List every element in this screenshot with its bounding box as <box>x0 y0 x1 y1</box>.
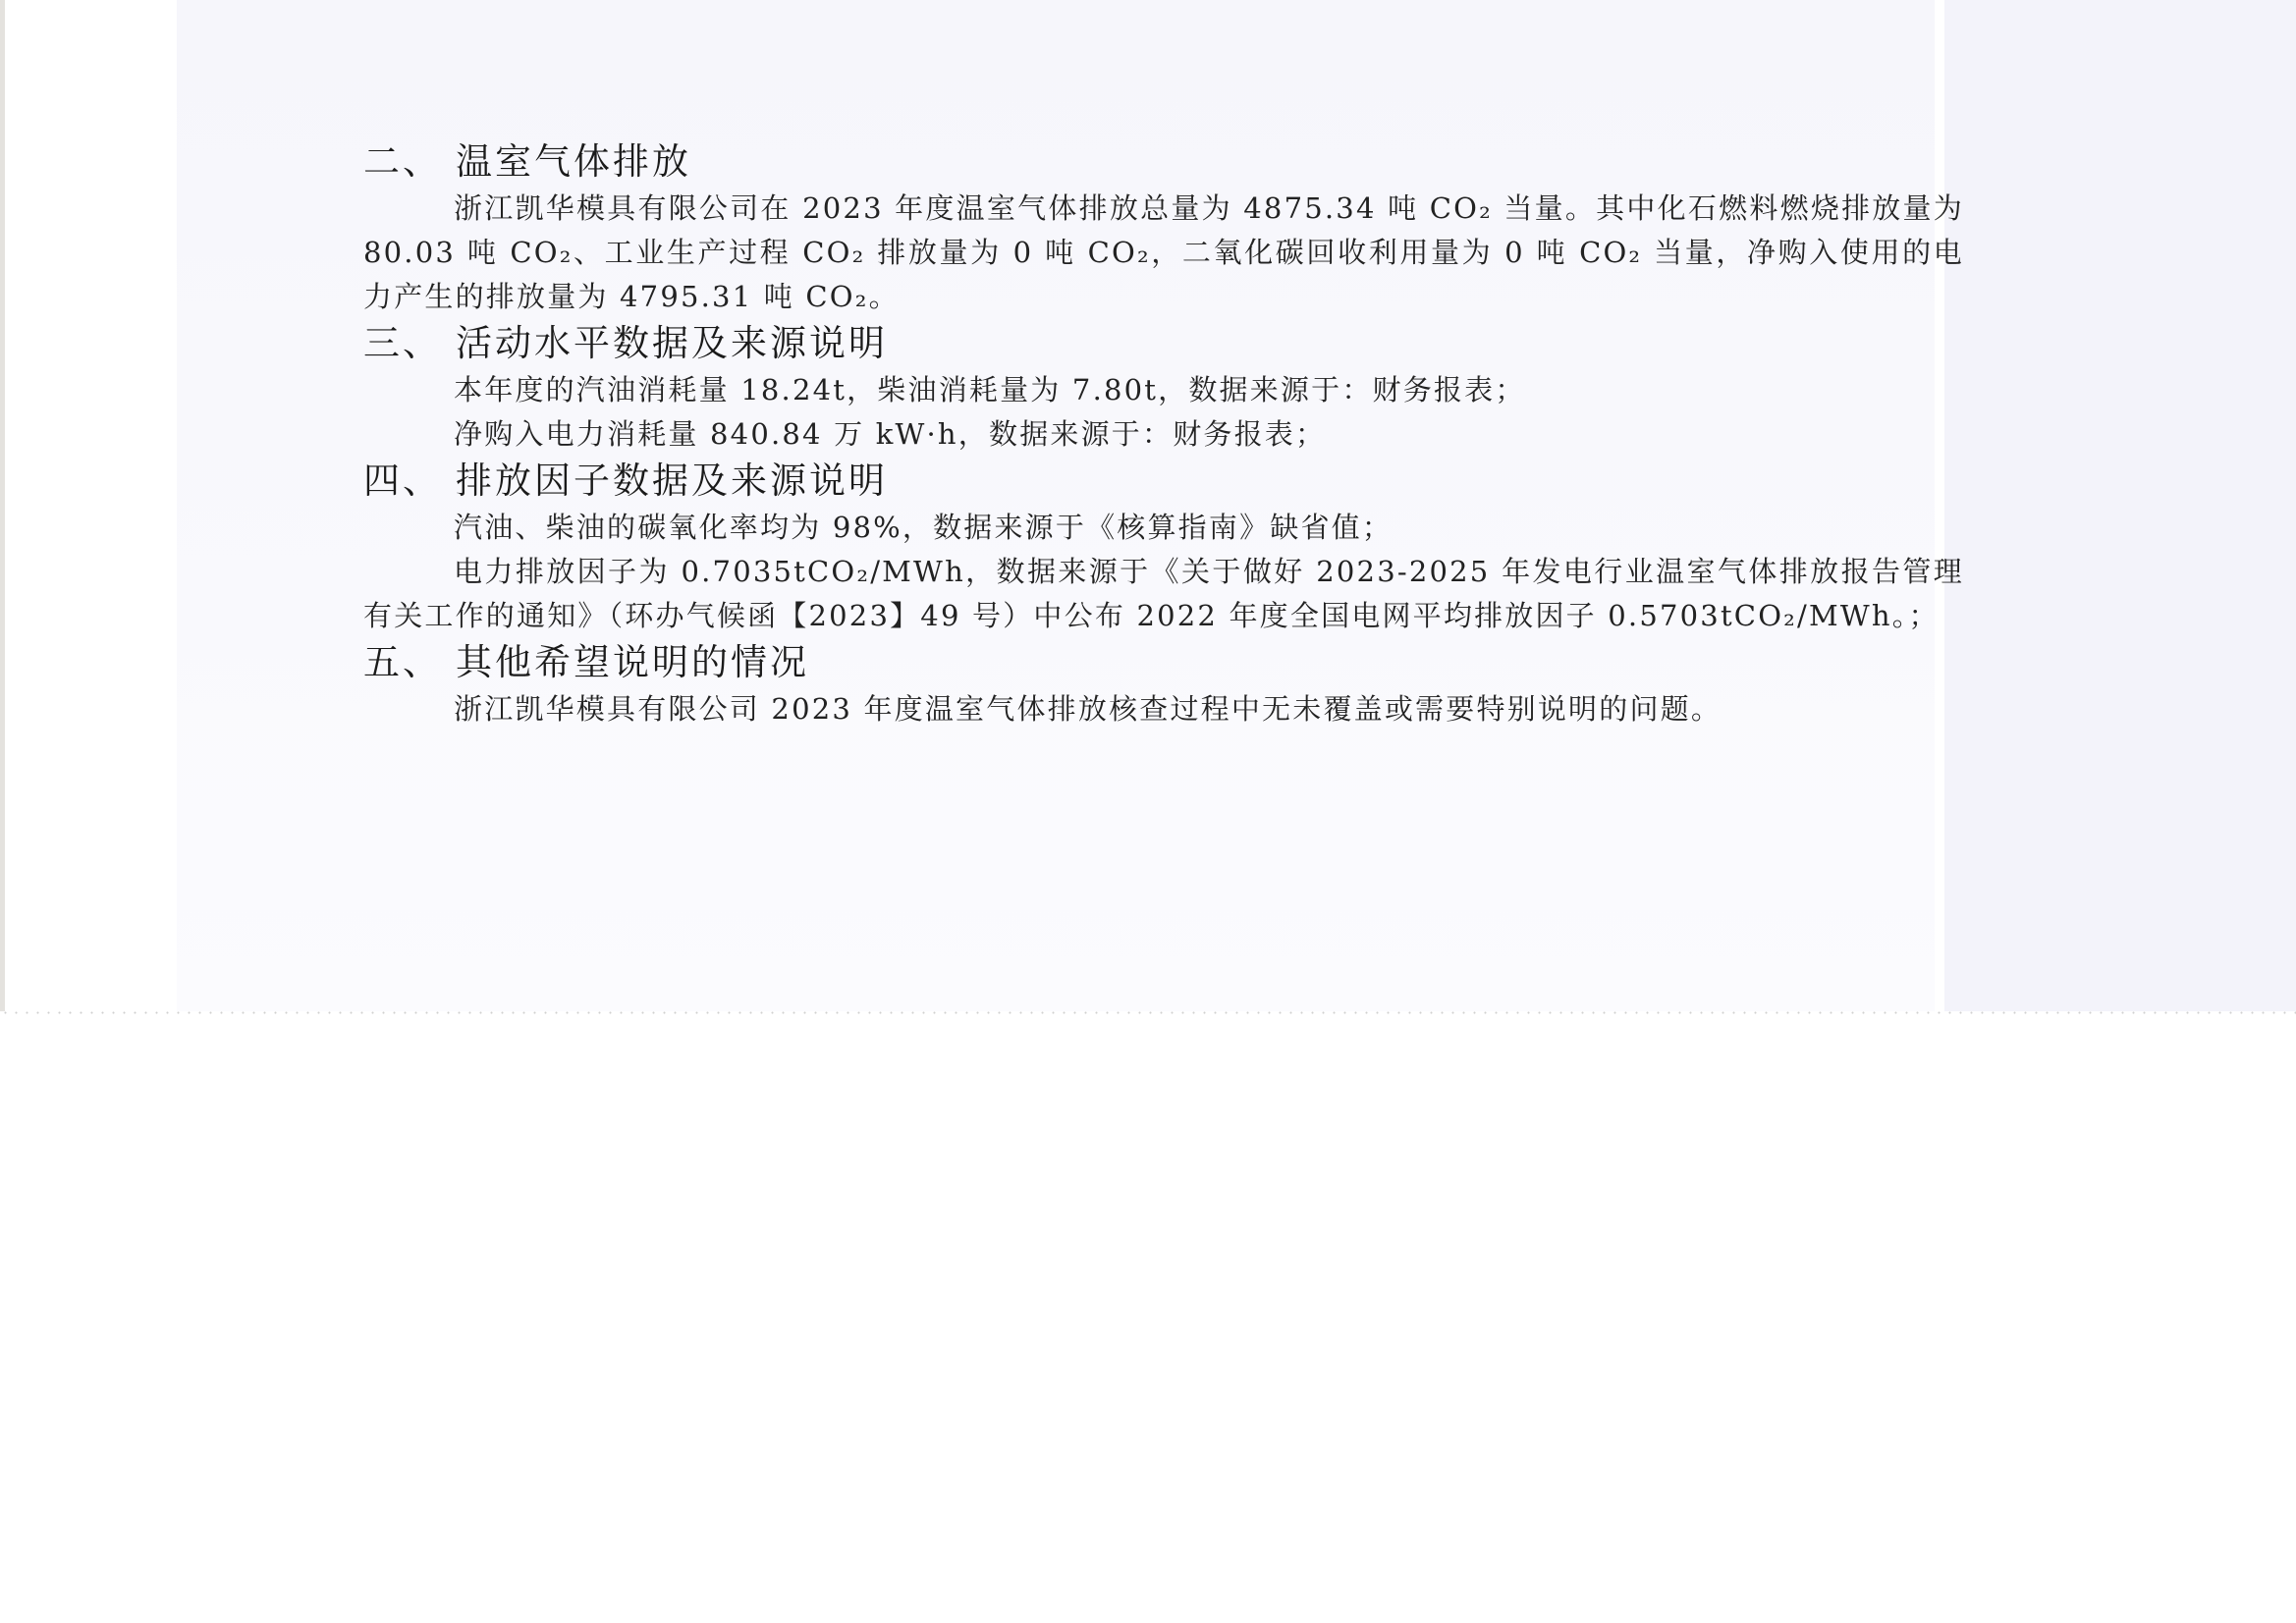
paragraph: 净购入电力消耗量 840.84 万 kW·h，数据来源于：财务报表； <box>363 412 1964 457</box>
section-number: 五、 <box>363 641 442 683</box>
section-emission-factors: 四、排放因子数据及来源说明 汽油、柴油的碳氧化率均为 98%，数据来源于《核算指… <box>363 457 1964 638</box>
section-heading: 四、排放因子数据及来源说明 <box>363 457 1964 506</box>
section-heading: 五、其他希望说明的情况 <box>363 638 1964 687</box>
section-heading: 二、温室气体排放 <box>363 137 1964 187</box>
section-title: 活动水平数据及来源说明 <box>456 322 888 364</box>
section-ghg-emissions: 二、温室气体排放 浙江凯华模具有限公司在 2023 年度温室气体排放总量为 48… <box>363 137 1964 319</box>
section-title: 温室气体排放 <box>456 140 691 183</box>
section-heading: 三、活动水平数据及来源说明 <box>363 319 1964 368</box>
paragraph: 汽油、柴油的碳氧化率均为 98%，数据来源于《核算指南》缺省值； <box>363 506 1964 550</box>
paragraph: 电力排放因子为 0.7035tCO₂/MWh，数据来源于《关于做好 2023-2… <box>363 550 1964 638</box>
section-number: 三、 <box>363 322 442 364</box>
section-number: 四、 <box>363 460 442 502</box>
scan-artifact-line <box>0 1011 2296 1014</box>
section-title: 其他希望说明的情况 <box>456 641 809 683</box>
document-page: 二、温室气体排放 浙江凯华模具有限公司在 2023 年度温室气体排放总量为 48… <box>363 137 1964 731</box>
scan-background-right <box>1944 0 2296 1011</box>
blank-page-area <box>0 1015 2296 1623</box>
section-other-notes: 五、其他希望说明的情况 浙江凯华模具有限公司 2023 年度温室气体排放核查过程… <box>363 638 1964 731</box>
paragraph: 本年度的汽油消耗量 18.24t，柴油消耗量为 7.80t，数据来源于：财务报表… <box>363 368 1964 412</box>
paragraph: 浙江凯华模具有限公司在 2023 年度温室气体排放总量为 4875.34 吨 C… <box>363 187 1964 319</box>
section-number: 二、 <box>363 140 442 183</box>
section-activity-data: 三、活动水平数据及来源说明 本年度的汽油消耗量 18.24t，柴油消耗量为 7.… <box>363 319 1964 457</box>
section-title: 排放因子数据及来源说明 <box>456 460 888 502</box>
paragraph: 浙江凯华模具有限公司 2023 年度温室气体排放核查过程中无未覆盖或需要特别说明… <box>363 687 1964 731</box>
scan-page-edge <box>0 0 5 1011</box>
